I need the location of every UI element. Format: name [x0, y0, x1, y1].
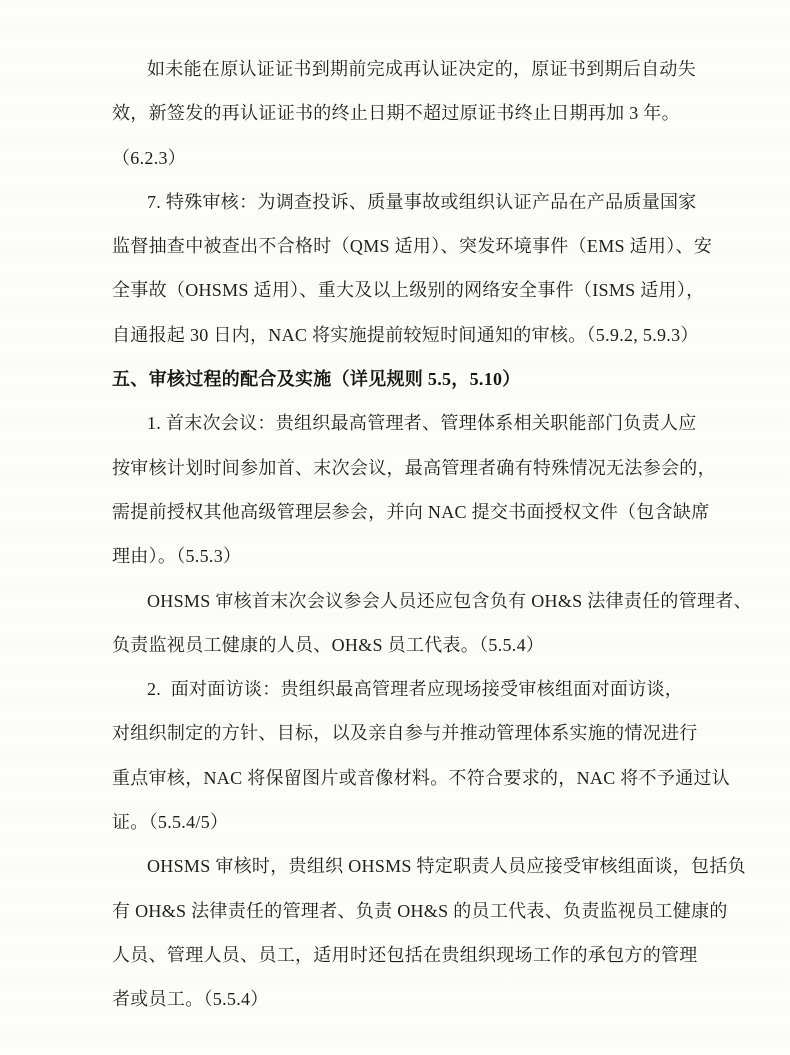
text-line: 对组织制定的方针、目标，以及亲自参与并推动管理体系实施的情况进行 [112, 711, 752, 755]
text-line: 如未能在原认证证书到期前完成再认证决定的，原证书到期后自动失 [112, 47, 752, 91]
text-line: 效，新签发的再认证证书的终止日期不超过原证书终止日期再加 3 年。 [112, 91, 752, 135]
text-line: 重点审核，NAC 将保留图片或音像材料。不符合要求的，NAC 将不予通过认 [112, 756, 752, 800]
document-text-block: 如未能在原认证证书到期前完成再认证决定的，原证书到期后自动失效，新签发的再认证证… [112, 47, 752, 1022]
para-face-to-face-interview: 2. 面对面访谈：贵组织最高管理者应现场接受审核组面对面访谈，对组织制定的方针、… [112, 667, 752, 844]
text-line: 监督抽查中被查出不合格时（QMS 适用）、突发环境事件（EMS 适用）、安 [112, 224, 752, 268]
heading-section-five: 五、审核过程的配合及实施（详见规则 5.5，5.10） [112, 357, 752, 401]
para-special-audit: 7. 特殊审核：为调查投诉、质量事故或组织认证产品在产品质量国家监督抽查中被查出… [112, 180, 752, 357]
text-line: 7. 特殊审核：为调查投诉、质量事故或组织认证产品在产品质量国家 [112, 180, 752, 224]
text-line: 负责监视员工健康的人员、OH&S 员工代表。（5.5.4） [112, 623, 752, 667]
text-line: 按审核计划时间参加首、末次会议，最高管理者确有特殊情况无法参会的， [112, 446, 752, 490]
text-line: 理由）。（5.5.3） [112, 534, 752, 578]
text-line: 自通报起 30 日内，NAC 将实施提前较短时间通知的审核。（5.9.2, 5.… [112, 313, 752, 357]
text-line: 人员、管理人员、员工，适用时还包括在贵组织现场工作的承包方的管理 [112, 933, 752, 977]
text-line: 1. 首末次会议：贵组织最高管理者、管理体系相关职能部门负责人应 [112, 401, 752, 445]
para-recertification-expiry: 如未能在原认证证书到期前完成再认证决定的，原证书到期后自动失效，新签发的再认证证… [112, 47, 752, 180]
text-line: （6.2.3） [112, 136, 752, 180]
text-line: 2. 面对面访谈：贵组织最高管理者应现场接受审核组面对面访谈， [112, 667, 752, 711]
text-line: 全事故（OHSMS 适用）、重大及以上级别的网络安全事件（ISMS 适用）， [112, 268, 752, 312]
text-line: 需提前授权其他高级管理层参会，并向 NAC 提交书面授权文件（包含缺席 [112, 490, 752, 534]
text-line: 证。（5.5.4/5） [112, 800, 752, 844]
text-line: 有 OH&S 法律责任的管理者、负责 OH&S 的员工代表、负责监视员工健康的 [112, 889, 752, 933]
text-line: 者或员工。（5.5.4） [112, 977, 752, 1021]
text-line: OHSMS 审核首末次会议参会人员还应包含负有 OH&S 法律责任的管理者、 [112, 579, 752, 623]
text-line: OHSMS 审核时，贵组织 OHSMS 特定职责人员应接受审核组面谈，包括负 [112, 844, 752, 888]
para-opening-closing-meeting: 1. 首末次会议：贵组织最高管理者、管理体系相关职能部门负责人应按审核计划时间参… [112, 401, 752, 578]
text-line: 五、审核过程的配合及实施（详见规则 5.5，5.10） [112, 357, 752, 401]
para-ohsms-interviewees: OHSMS 审核时，贵组织 OHSMS 特定职责人员应接受审核组面谈，包括负有 … [112, 844, 752, 1021]
para-ohsms-meeting-attendees: OHSMS 审核首末次会议参会人员还应包含负有 OH&S 法律责任的管理者、负责… [112, 579, 752, 668]
document-page: 如未能在原认证证书到期前完成再认证决定的，原证书到期后自动失效，新签发的再认证证… [0, 0, 790, 1055]
